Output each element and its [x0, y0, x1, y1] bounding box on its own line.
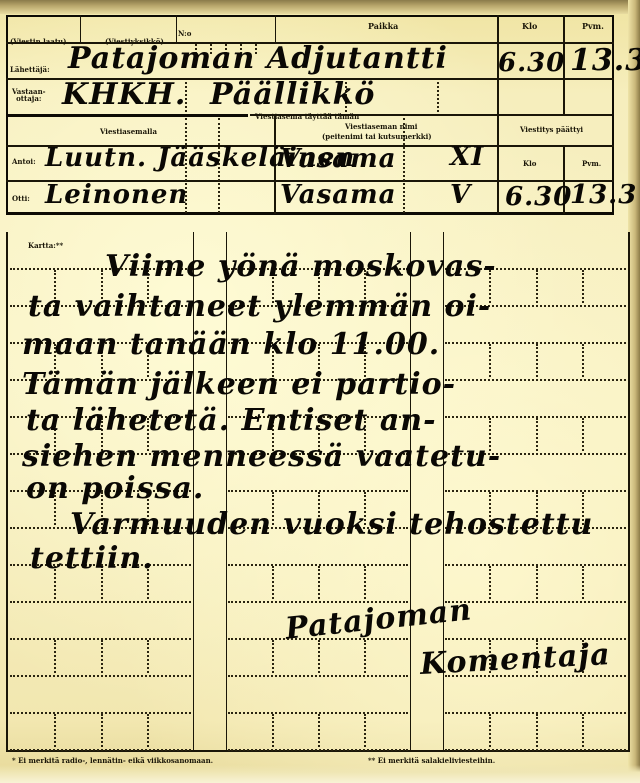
- grid-rule: [445, 601, 626, 603]
- ended-time-header: Klo: [523, 160, 536, 167]
- grid-tick: [536, 714, 538, 747]
- grid-tick: [582, 344, 584, 377]
- gave-station[interactable]: Vasama: [280, 146, 396, 172]
- grid-rule: [10, 675, 191, 677]
- message-line: Varmuuden vuoksi tehostettu: [70, 510, 593, 540]
- grid-tick: [489, 566, 491, 599]
- grid-tick: [318, 640, 320, 673]
- grid-tick: [582, 418, 584, 451]
- message-line: tettiin.: [30, 544, 154, 574]
- grid-tick: [54, 714, 56, 747]
- grid-tick: [101, 640, 103, 673]
- grid-rule: [445, 379, 626, 381]
- map-label: Kartta:**: [28, 242, 63, 249]
- grid-tick: [318, 714, 320, 747]
- grid-tick: [364, 640, 366, 673]
- station-column-header: Viestiasemalla: [100, 128, 157, 135]
- grid-tick: [536, 344, 538, 377]
- took-time[interactable]: 6.30: [505, 184, 572, 210]
- grid-rule: [228, 675, 408, 677]
- took-value[interactable]: Leinonen: [45, 182, 188, 208]
- message-line: Tämän jälkeen ei partio-: [22, 370, 456, 400]
- station-name-subheader: (peitenimi tai kutsumerkki): [322, 133, 432, 140]
- message-line: ta vaihtaneet ylemmän oi-: [28, 292, 491, 322]
- paper-top-edge: [0, 0, 640, 14]
- grid-tick: [272, 714, 274, 747]
- grid-tick: [147, 714, 149, 747]
- grid-tick: [364, 714, 366, 747]
- footnote-2: ** Ei merkitä salakieliviesteihin.: [368, 757, 495, 764]
- grid-rule: [10, 601, 191, 603]
- grid-tick: [318, 566, 320, 599]
- paper-bottom-edge: [0, 765, 640, 783]
- message-line: on poissa.: [26, 474, 204, 504]
- took-station[interactable]: Vasama: [280, 182, 396, 208]
- took-label: Otti:: [12, 195, 30, 202]
- sender-date[interactable]: 13.3: [570, 46, 640, 76]
- grid-tick: [582, 714, 584, 747]
- grid-tick: [54, 640, 56, 673]
- message-line: maan tanään klo 11.00.: [22, 330, 440, 360]
- recipient-label: Vastaan- ottaja:: [12, 88, 46, 102]
- recipient-value[interactable]: KHKH.: [62, 80, 186, 110]
- grid-tick: [489, 714, 491, 747]
- grid-tick: [582, 270, 584, 303]
- grid-rule: [228, 749, 408, 751]
- sender-label: Lähettäjä:: [10, 66, 50, 73]
- station-caption: Viestiasema täyttää tämän: [255, 113, 359, 120]
- time-label: Klo: [522, 22, 537, 30]
- grid-tick: [272, 640, 274, 673]
- place-label: Paikka: [368, 22, 398, 30]
- took-date[interactable]: 13.3: [570, 182, 637, 208]
- message-line: Viime yönä moskovas-: [105, 252, 497, 282]
- grid-tick: [364, 566, 366, 599]
- message-line: ta lähetetä. Entiset an-: [26, 406, 437, 436]
- message-line: siehen menneessä vaatetu-: [22, 442, 501, 472]
- station-name-column-header: Viestiaseman nimi: [345, 123, 417, 130]
- grid-tick: [101, 714, 103, 747]
- ended-column-header: Viestitys päättyi: [520, 126, 583, 133]
- recipient-title[interactable]: Päällikkö: [210, 80, 375, 110]
- footnote-1: * Ei merkitä radio-, lennätin- eikä viik…: [12, 757, 213, 764]
- gave-label: Antoi:: [12, 158, 36, 165]
- sender-value[interactable]: Patajoman Adjutantti: [68, 44, 448, 74]
- date-label: Pvm.: [582, 22, 604, 30]
- grid-rule: [10, 749, 191, 751]
- message-type-label: (Viestin laatu): [10, 38, 66, 45]
- message-number-label: N:o: [178, 30, 191, 37]
- grid-tick: [272, 566, 274, 599]
- ended-date-header: Pvm.: [582, 160, 601, 167]
- grid-rule: [445, 749, 626, 751]
- took-station-number[interactable]: V: [450, 182, 471, 208]
- grid-tick: [582, 566, 584, 599]
- grid-tick: [536, 566, 538, 599]
- grid-tick: [147, 640, 149, 673]
- gave-station-number[interactable]: XI: [450, 144, 484, 170]
- sender-time[interactable]: 6.30: [498, 50, 565, 76]
- grid-tick: [536, 418, 538, 451]
- grid-tick: [489, 344, 491, 377]
- grid-tick: [536, 270, 538, 303]
